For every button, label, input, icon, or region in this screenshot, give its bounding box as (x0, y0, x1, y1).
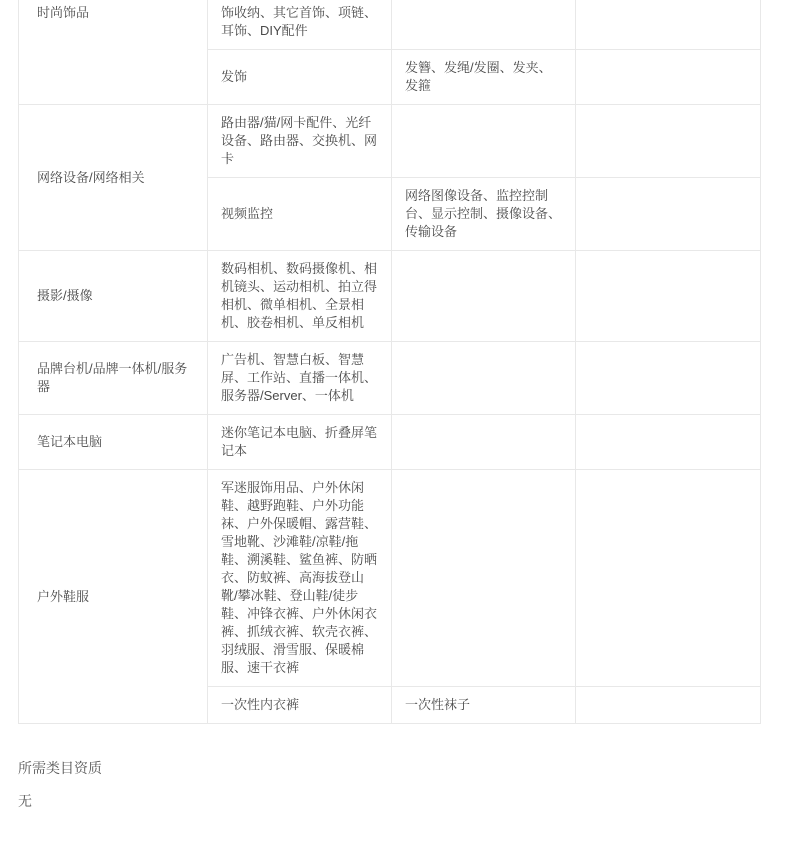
table-row: 摄影/摄像 数码相机、数码摄像机、相机镜头、运动相机、拍立得相机、微单相机、全景… (19, 251, 761, 342)
table-row: 户外鞋服 军迷服饰用品、户外休闲鞋、越野跑鞋、户外功能袜、户外保暖帽、露营鞋、雪… (19, 470, 761, 687)
required-qualification-value: 无 (18, 793, 788, 809)
category-qualification-table: 时尚饰品 饰收纳、其它首饰、项链、耳饰、DIY配件 发饰 发簪、发绳/发圈、发夹… (18, 0, 761, 724)
table-row: 时尚饰品 饰收纳、其它首饰、项链、耳饰、DIY配件 (19, 0, 761, 50)
subcategory-cell: 饰收纳、其它首饰、项链、耳饰、DIY配件 (208, 0, 392, 50)
third-level-cell: 发簪、发绳/发圈、发夹、发箍 (392, 50, 576, 105)
subcategory-cell: 广告机、智慧白板、智慧屏、工作站、直播一体机、服务器/Server、一体机 (208, 342, 392, 415)
category-group-cell: 摄影/摄像 (19, 251, 208, 342)
category-group-cell: 户外鞋服 (19, 470, 208, 724)
third-level-cell (392, 251, 576, 342)
subcategory-cell: 一次性内衣裤 (208, 687, 392, 724)
third-level-cell (392, 470, 576, 687)
subcategory-cell: 视频监控 (208, 178, 392, 251)
subcategory-cell: 数码相机、数码摄像机、相机镜头、运动相机、拍立得相机、微单相机、全景相机、胶卷相… (208, 251, 392, 342)
third-level-cell (392, 0, 576, 50)
subcategory-cell: 迷你笔记本电脑、折叠屏笔记本 (208, 415, 392, 470)
category-group-cell: 笔记本电脑 (19, 415, 208, 470)
fourth-level-cell (576, 0, 761, 50)
third-level-cell (392, 342, 576, 415)
fourth-level-cell (576, 342, 761, 415)
subcategory-cell: 路由器/猫/网卡配件、光纤设备、路由器、交换机、网卡 (208, 105, 392, 178)
fourth-level-cell (576, 50, 761, 105)
third-level-cell: 一次性袜子 (392, 687, 576, 724)
category-group-cell: 时尚饰品 (19, 0, 208, 105)
fourth-level-cell (576, 687, 761, 724)
category-group-cell: 网络设备/网络相关 (19, 105, 208, 251)
third-level-cell: 网络图像设备、监控控制台、显示控制、摄像设备、传输设备 (392, 178, 576, 251)
subcategory-cell: 军迷服饰用品、户外休闲鞋、越野跑鞋、户外功能袜、户外保暖帽、露营鞋、雪地靴、沙滩… (208, 470, 392, 687)
fourth-level-cell (576, 415, 761, 470)
category-group-cell: 品牌台机/品牌一体机/服务器 (19, 342, 208, 415)
page: { "page": { "background": "#ffffff", "te… (0, 0, 788, 845)
table-row: 笔记本电脑 迷你笔记本电脑、折叠屏笔记本 (19, 415, 761, 470)
required-qualification-heading: 所需类目资质 (18, 760, 788, 776)
third-level-cell (392, 415, 576, 470)
table-row: 网络设备/网络相关 路由器/猫/网卡配件、光纤设备、路由器、交换机、网卡 (19, 105, 761, 178)
fourth-level-cell (576, 470, 761, 687)
third-level-cell (392, 105, 576, 178)
subcategory-cell: 发饰 (208, 50, 392, 105)
category-table-container: 时尚饰品 饰收纳、其它首饰、项链、耳饰、DIY配件 发饰 发簪、发绳/发圈、发夹… (0, 0, 788, 724)
fourth-level-cell (576, 105, 761, 178)
required-qualification-section: 所需类目资质 无 (18, 760, 788, 809)
fourth-level-cell (576, 178, 761, 251)
fourth-level-cell (576, 251, 761, 342)
table-row: 品牌台机/品牌一体机/服务器 广告机、智慧白板、智慧屏、工作站、直播一体机、服务… (19, 342, 761, 415)
